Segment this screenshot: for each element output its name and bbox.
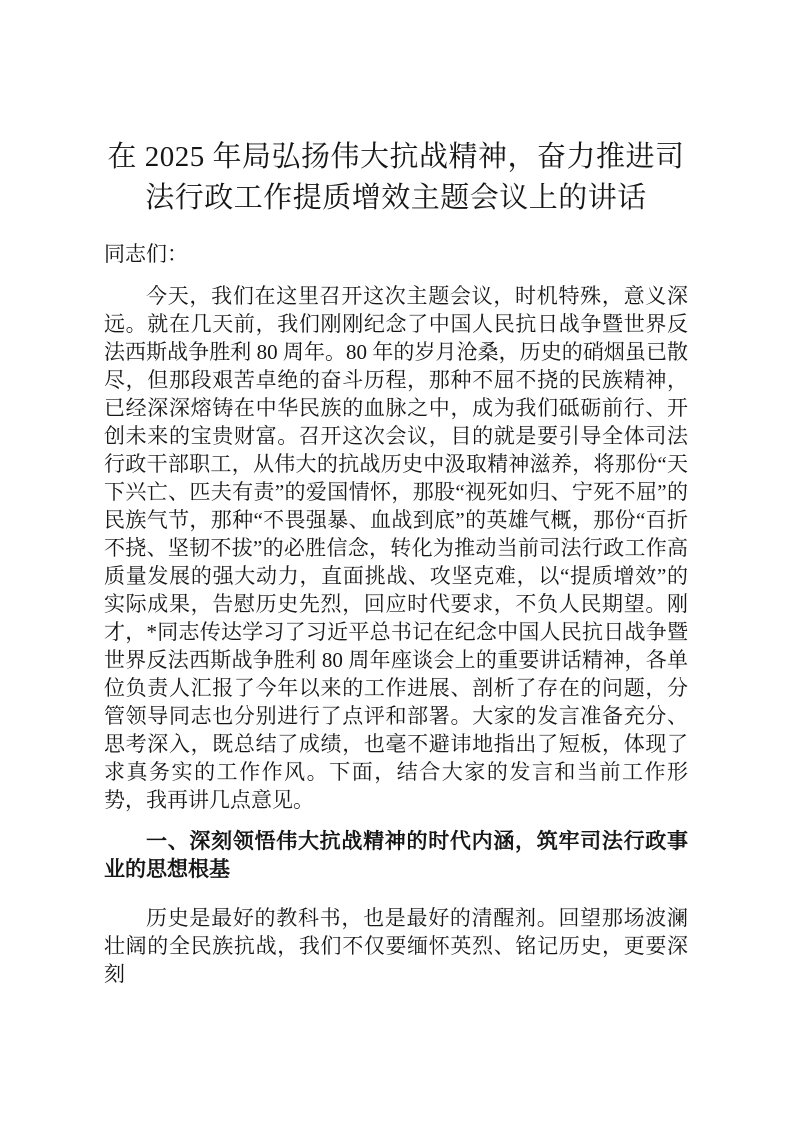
document-title: 在 2025 年局弘扬伟大抗战精神，奋力推进司法行政工作提质增效主题会议上的讲话: [104, 137, 688, 219]
opening-paragraph: 今天，我们在这里召开这次主题会议，时机特殊，意义深远。就在几天前，我们刚刚纪念了…: [104, 282, 688, 814]
section-1-heading: 一、深刻领悟伟大抗战精神的时代内涵，筑牢司法行政事业的思想根基: [104, 827, 688, 883]
salutation: 同志们：: [104, 240, 688, 268]
document-page: 在 2025 年局弘扬伟大抗战精神，奋力推进司法行政工作提质增效主题会议上的讲话…: [0, 0, 793, 1121]
section-1-paragraph: 历史是最好的教科书，也是最好的清醒剂。回望那场波澜壮阔的全民族抗战，我们不仅要缅…: [104, 904, 688, 988]
